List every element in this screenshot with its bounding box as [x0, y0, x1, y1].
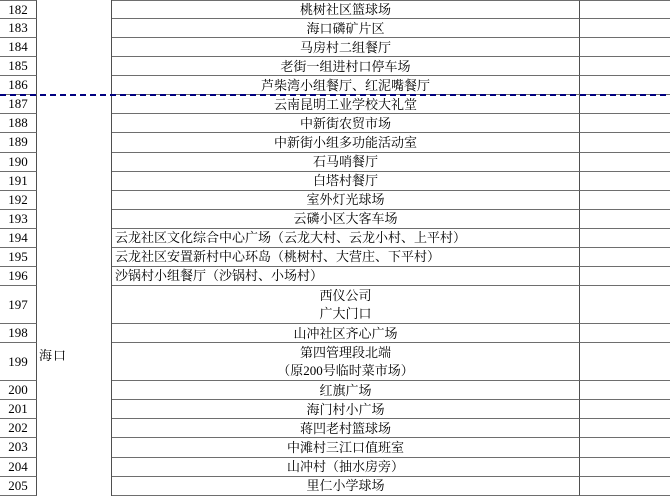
region-column-cell[interactable] [37, 400, 112, 419]
row-number-cell[interactable]: 205 [0, 477, 37, 496]
site-name-text: 沙锅村小组餐厅（沙锅村、小场村） [112, 267, 579, 285]
empty-status-cell[interactable] [580, 477, 670, 496]
table-row: 202 蒋凹老村篮球场 [0, 419, 670, 438]
region-column-cell[interactable] [37, 210, 112, 229]
site-name-cell[interactable]: 室外灯光球场 [112, 191, 580, 210]
region-column-cell[interactable] [37, 76, 112, 95]
table-row: 192 室外灯光球场 [0, 191, 670, 210]
row-number-cell[interactable]: 198 [0, 324, 37, 343]
empty-status-cell[interactable] [580, 286, 670, 324]
row-number-cell[interactable]: 193 [0, 210, 37, 229]
site-name-cell[interactable]: 云南昆明工业学校大礼堂 [112, 95, 580, 114]
site-name-cell[interactable]: 山冲村（抽水房旁） [112, 458, 580, 477]
empty-status-cell[interactable] [580, 381, 670, 400]
site-name-cell[interactable]: 中新街农贸市场 [112, 114, 580, 133]
table-row: 184 马房村二组餐厅 [0, 38, 670, 57]
region-column-cell[interactable] [37, 133, 112, 152]
site-name-text: 蒋凹老村篮球场 [112, 419, 579, 437]
region-column-cell[interactable] [37, 172, 112, 191]
table-row: 186 芦柴湾小组餐厅、红泥嘴餐厅 [0, 76, 670, 95]
row-number-cell[interactable]: 183 [0, 19, 37, 38]
site-name-text: 西仪公司 [112, 286, 579, 305]
site-name-text: 中新街农贸市场 [112, 114, 579, 132]
empty-status-cell[interactable] [580, 76, 670, 95]
row-number-cell[interactable]: 192 [0, 191, 37, 210]
site-name-cell[interactable]: 中滩村三江口值班室 [112, 438, 580, 457]
empty-status-cell[interactable] [580, 191, 670, 210]
site-name-text: （原200号临时菜市场） [112, 362, 579, 381]
site-name-text: 桃树社区篮球场 [112, 1, 579, 18]
site-name-cell[interactable]: 云磷小区大客车场 [112, 210, 580, 229]
site-name-text: 山冲村（抽水房旁） [112, 458, 579, 476]
row-number-cell[interactable]: 204 [0, 458, 37, 477]
row-number-cell[interactable]: 194 [0, 229, 37, 248]
empty-status-cell[interactable] [580, 19, 670, 38]
region-column-cell[interactable] [37, 153, 112, 172]
empty-status-cell[interactable] [580, 229, 670, 248]
region-column-cell[interactable] [37, 286, 112, 324]
region-column-cell[interactable] [37, 57, 112, 76]
empty-status-cell[interactable] [580, 248, 670, 267]
row-number-cell[interactable]: 196 [0, 267, 37, 286]
site-name-text: 山冲社区齐心广场 [112, 324, 579, 342]
row-number-cell[interactable]: 182 [0, 0, 37, 19]
table-row: 187 云南昆明工业学校大礼堂 [0, 95, 670, 114]
site-name-cell[interactable]: 沙锅村小组餐厅（沙锅村、小场村） [112, 267, 580, 286]
row-number-cell[interactable]: 199 [0, 343, 37, 381]
table-body: 182 桃树社区篮球场 183 海口磷矿片区 184 马房村二组餐厅 185 老… [0, 0, 670, 496]
site-name-cell[interactable]: 红旗广场 [112, 381, 580, 400]
site-name-text: 中新街小组多功能活动室 [112, 133, 579, 151]
site-name-text: 里仁小学球场 [112, 477, 579, 495]
empty-status-cell[interactable] [580, 57, 670, 76]
empty-status-cell[interactable] [580, 438, 670, 457]
table-row: 183 海口磷矿片区 [0, 19, 670, 38]
empty-status-cell[interactable] [580, 38, 670, 57]
site-name-cell[interactable]: 马房村二组餐厅 [112, 38, 580, 57]
row-number-cell[interactable]: 191 [0, 172, 37, 191]
table-row: 196 沙锅村小组餐厅（沙锅村、小场村） [0, 267, 670, 286]
site-name-text: 海口磷矿片区 [112, 19, 579, 37]
site-name-text: 老街一组进村口停车场 [112, 57, 579, 75]
site-name-cell[interactable]: 海口磷矿片区 [112, 19, 580, 38]
empty-status-cell[interactable] [580, 172, 670, 191]
site-name-text: 云龙社区文化综合中心广场（云龙大村、云龙小村、上平村） [112, 229, 579, 247]
region-column-cell[interactable] [37, 324, 112, 343]
region-column-cell[interactable] [37, 95, 112, 114]
table-row: 194 云龙社区文化综合中心广场（云龙大村、云龙小村、上平村） [0, 229, 670, 248]
table-row: 198 山冲社区齐心广场 [0, 324, 670, 343]
region-column-cell[interactable] [37, 438, 112, 457]
empty-status-cell[interactable] [580, 343, 670, 381]
site-name-text: 石马哨餐厅 [112, 153, 579, 171]
site-name-cell[interactable]: 中新街小组多功能活动室 [112, 133, 580, 152]
row-number-cell[interactable]: 189 [0, 133, 37, 152]
region-column-cell[interactable] [37, 381, 112, 400]
row-number-cell[interactable]: 185 [0, 57, 37, 76]
site-name-cell[interactable]: 石马哨餐厅 [112, 153, 580, 172]
table-row: 190 石马哨餐厅 [0, 153, 670, 172]
empty-status-cell[interactable] [580, 400, 670, 419]
table-row: 191 白塔村餐厅 [0, 172, 670, 191]
site-name-cell[interactable]: 山冲社区齐心广场 [112, 324, 580, 343]
site-name-text: 红旗广场 [112, 381, 579, 399]
row-number-cell[interactable]: 202 [0, 419, 37, 438]
region-column-cell[interactable] [37, 19, 112, 38]
table-row: 193 云磷小区大客车场 [0, 210, 670, 229]
site-name-text: 广大门口 [112, 305, 579, 324]
empty-status-cell[interactable] [580, 0, 670, 19]
table-row: 188 中新街农贸市场 [0, 114, 670, 133]
site-name-cell[interactable]: 桃树社区篮球场 [112, 0, 580, 19]
region-column-cell[interactable] [37, 248, 112, 267]
site-name-cell[interactable]: 芦柴湾小组餐厅、红泥嘴餐厅 [112, 76, 580, 95]
row-number-cell[interactable]: 203 [0, 438, 37, 457]
region-column-cell[interactable] [37, 38, 112, 57]
row-number-cell[interactable]: 184 [0, 38, 37, 57]
empty-status-cell[interactable] [580, 267, 670, 286]
site-name-text: 马房村二组餐厅 [112, 38, 579, 56]
table-row: 199 第四管理段北端（原200号临时菜市场） [0, 343, 670, 381]
table-row: 197 西仪公司广大门口 [0, 286, 670, 324]
table-row: 189 中新街小组多功能活动室 [0, 133, 670, 152]
empty-status-cell[interactable] [580, 419, 670, 438]
site-name-cell[interactable]: 云龙社区安置新村中心环岛（桃树村、大营庄、下平村） [112, 248, 580, 267]
site-name-text: 中滩村三江口值班室 [112, 438, 579, 456]
site-name-text: 云南昆明工业学校大礼堂 [112, 95, 579, 113]
empty-status-cell[interactable] [580, 153, 670, 172]
site-name-text: 室外灯光球场 [112, 191, 579, 209]
empty-status-cell[interactable] [580, 210, 670, 229]
site-name-text: 第四管理段北端 [112, 343, 579, 362]
table-row: 205 里仁小学球场 [0, 477, 670, 496]
empty-status-cell[interactable] [580, 95, 670, 114]
region-column-cell[interactable] [37, 114, 112, 133]
site-name-cell[interactable]: 第四管理段北端（原200号临时菜市场） [112, 343, 580, 381]
site-name-cell[interactable]: 白塔村餐厅 [112, 172, 580, 191]
site-name-cell[interactable]: 里仁小学球场 [112, 477, 580, 496]
site-name-text: 海门村小广场 [112, 400, 579, 418]
table-row: 195 云龙社区安置新村中心环岛（桃树村、大营庄、下平村） [0, 248, 670, 267]
table-row: 203 中滩村三江口值班室 [0, 438, 670, 457]
row-number-cell[interactable]: 187 [0, 95, 37, 114]
region-column-cell[interactable] [37, 458, 112, 477]
empty-status-cell[interactable] [580, 458, 670, 477]
site-name-cell[interactable]: 云龙社区文化综合中心广场（云龙大村、云龙小村、上平村） [112, 229, 580, 248]
row-number-cell[interactable]: 186 [0, 76, 37, 95]
page-break-dashed-line [0, 94, 670, 96]
empty-status-cell[interactable] [580, 324, 670, 343]
table-row: 204 山冲村（抽水房旁） [0, 458, 670, 477]
region-column-cell[interactable] [37, 419, 112, 438]
site-name-text: 芦柴湾小组餐厅、红泥嘴餐厅 [112, 76, 579, 94]
region-column-cell[interactable] [37, 267, 112, 286]
spreadsheet-viewport: 182 桃树社区篮球场 183 海口磷矿片区 184 马房村二组餐厅 185 老… [0, 0, 670, 498]
region-column-cell[interactable] [37, 191, 112, 210]
row-number-cell[interactable]: 188 [0, 114, 37, 133]
table-row: 182 桃树社区篮球场 [0, 0, 670, 19]
table-row: 201 海门村小广场 [0, 400, 670, 419]
site-name-text: 云磷小区大客车场 [112, 210, 579, 228]
table-row: 200 红旗广场 [0, 381, 670, 400]
row-number-cell[interactable]: 195 [0, 248, 37, 267]
region-label: 海口 [39, 345, 67, 364]
site-name-text: 白塔村餐厅 [112, 172, 579, 190]
empty-status-cell[interactable] [580, 133, 670, 152]
site-name-cell[interactable]: 老街一组进村口停车场 [112, 57, 580, 76]
row-number-cell[interactable]: 201 [0, 400, 37, 419]
region-column-cell[interactable] [37, 477, 112, 496]
site-name-cell[interactable]: 西仪公司广大门口 [112, 286, 580, 324]
region-column-cell[interactable] [37, 229, 112, 248]
empty-status-cell[interactable] [580, 114, 670, 133]
row-number-cell[interactable]: 190 [0, 153, 37, 172]
region-column-cell[interactable] [37, 0, 112, 19]
site-name-cell[interactable]: 海门村小广场 [112, 400, 580, 419]
site-name-cell[interactable]: 蒋凹老村篮球场 [112, 419, 580, 438]
site-name-text: 云龙社区安置新村中心环岛（桃树村、大营庄、下平村） [112, 248, 579, 266]
row-number-cell[interactable]: 200 [0, 381, 37, 400]
row-number-cell[interactable]: 197 [0, 286, 37, 324]
table-row: 185 老街一组进村口停车场 [0, 57, 670, 76]
